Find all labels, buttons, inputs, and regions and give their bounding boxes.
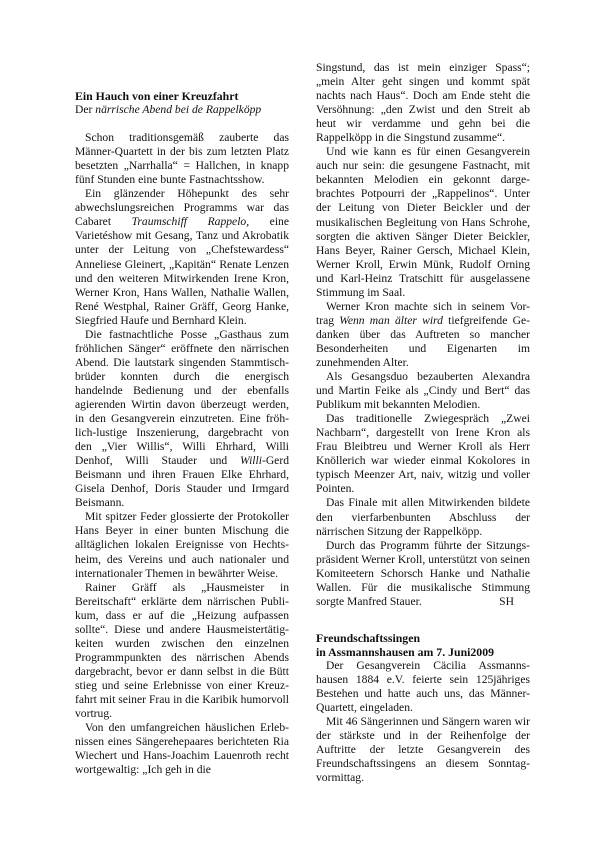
right-column: Singstund, das ist mein einziger Spass“;… — [316, 61, 530, 785]
paragraph: Von den umfangreichen häuslichen Erleb-n… — [75, 721, 289, 777]
paragraph: Durch das Programm führte der Sitzungs-p… — [316, 539, 530, 609]
article-title: Ein Hauch von einer Kreuzfahrt — [75, 89, 289, 103]
italic-text: Wenn man älter wird — [339, 314, 443, 327]
italic-text: Willi — [240, 454, 262, 467]
paragraph: Mit spitzer Feder glossierte der Protoko… — [75, 510, 289, 580]
subtitle-prefix: Der — [75, 103, 95, 116]
article-subtitle: Der närrische Abend bei de Rappelköpp — [75, 103, 289, 117]
paragraph: Der Gesangverein Cäcilia Assmanns-hausen… — [316, 659, 530, 715]
paragraph: Das traditionelle Zwiegespräch „Zwei Nac… — [316, 412, 530, 496]
paragraph: Als Gesangsduo bezauberten Alexandra und… — [316, 370, 530, 412]
author-signature: SH — [489, 595, 530, 609]
paragraph: Ein glänzender Höhepunkt des sehr abwech… — [75, 187, 289, 327]
subtitle-italic: närrische Abend bei de Rappelköpp — [95, 103, 261, 116]
paragraph: Die fastnachtliche Posse „Gasthaus zum f… — [75, 328, 289, 511]
title-line: in Assmannshausen am 7. Juni2009 — [316, 645, 530, 659]
title-line: Freundschaftssingen — [316, 631, 530, 645]
text: eine Varietéshow mit Gesang, Tanz und Ak… — [75, 215, 289, 326]
paragraph: Werner Kron machte sich in seinem Vor-tr… — [316, 300, 530, 370]
paragraph: Schon traditionsgemäß zauberte das Männe… — [75, 131, 289, 187]
left-column: Ein Hauch von einer Kreuzfahrt Der närri… — [75, 89, 289, 777]
paragraph: Und wie kann es für einen Gesangverein a… — [316, 145, 530, 300]
text: Die fastnachtliche Posse „Gasthaus zum f… — [75, 328, 289, 467]
paragraph: Das Finale mit allen Mitwirkenden bildet… — [316, 496, 530, 538]
article2-title: Freundschaftssingen in Assmannshausen am… — [316, 631, 530, 659]
paragraph-continued: Singstund, das ist mein einziger Spass“;… — [316, 61, 530, 145]
paragraph: Rainer Gräff als „Hausmeister in Bereits… — [75, 581, 289, 721]
italic-text: Traumschiff Rappelo, — [132, 215, 250, 228]
paragraph: Mit 46 Sängerinnen und Sängern waren wir… — [316, 715, 530, 785]
